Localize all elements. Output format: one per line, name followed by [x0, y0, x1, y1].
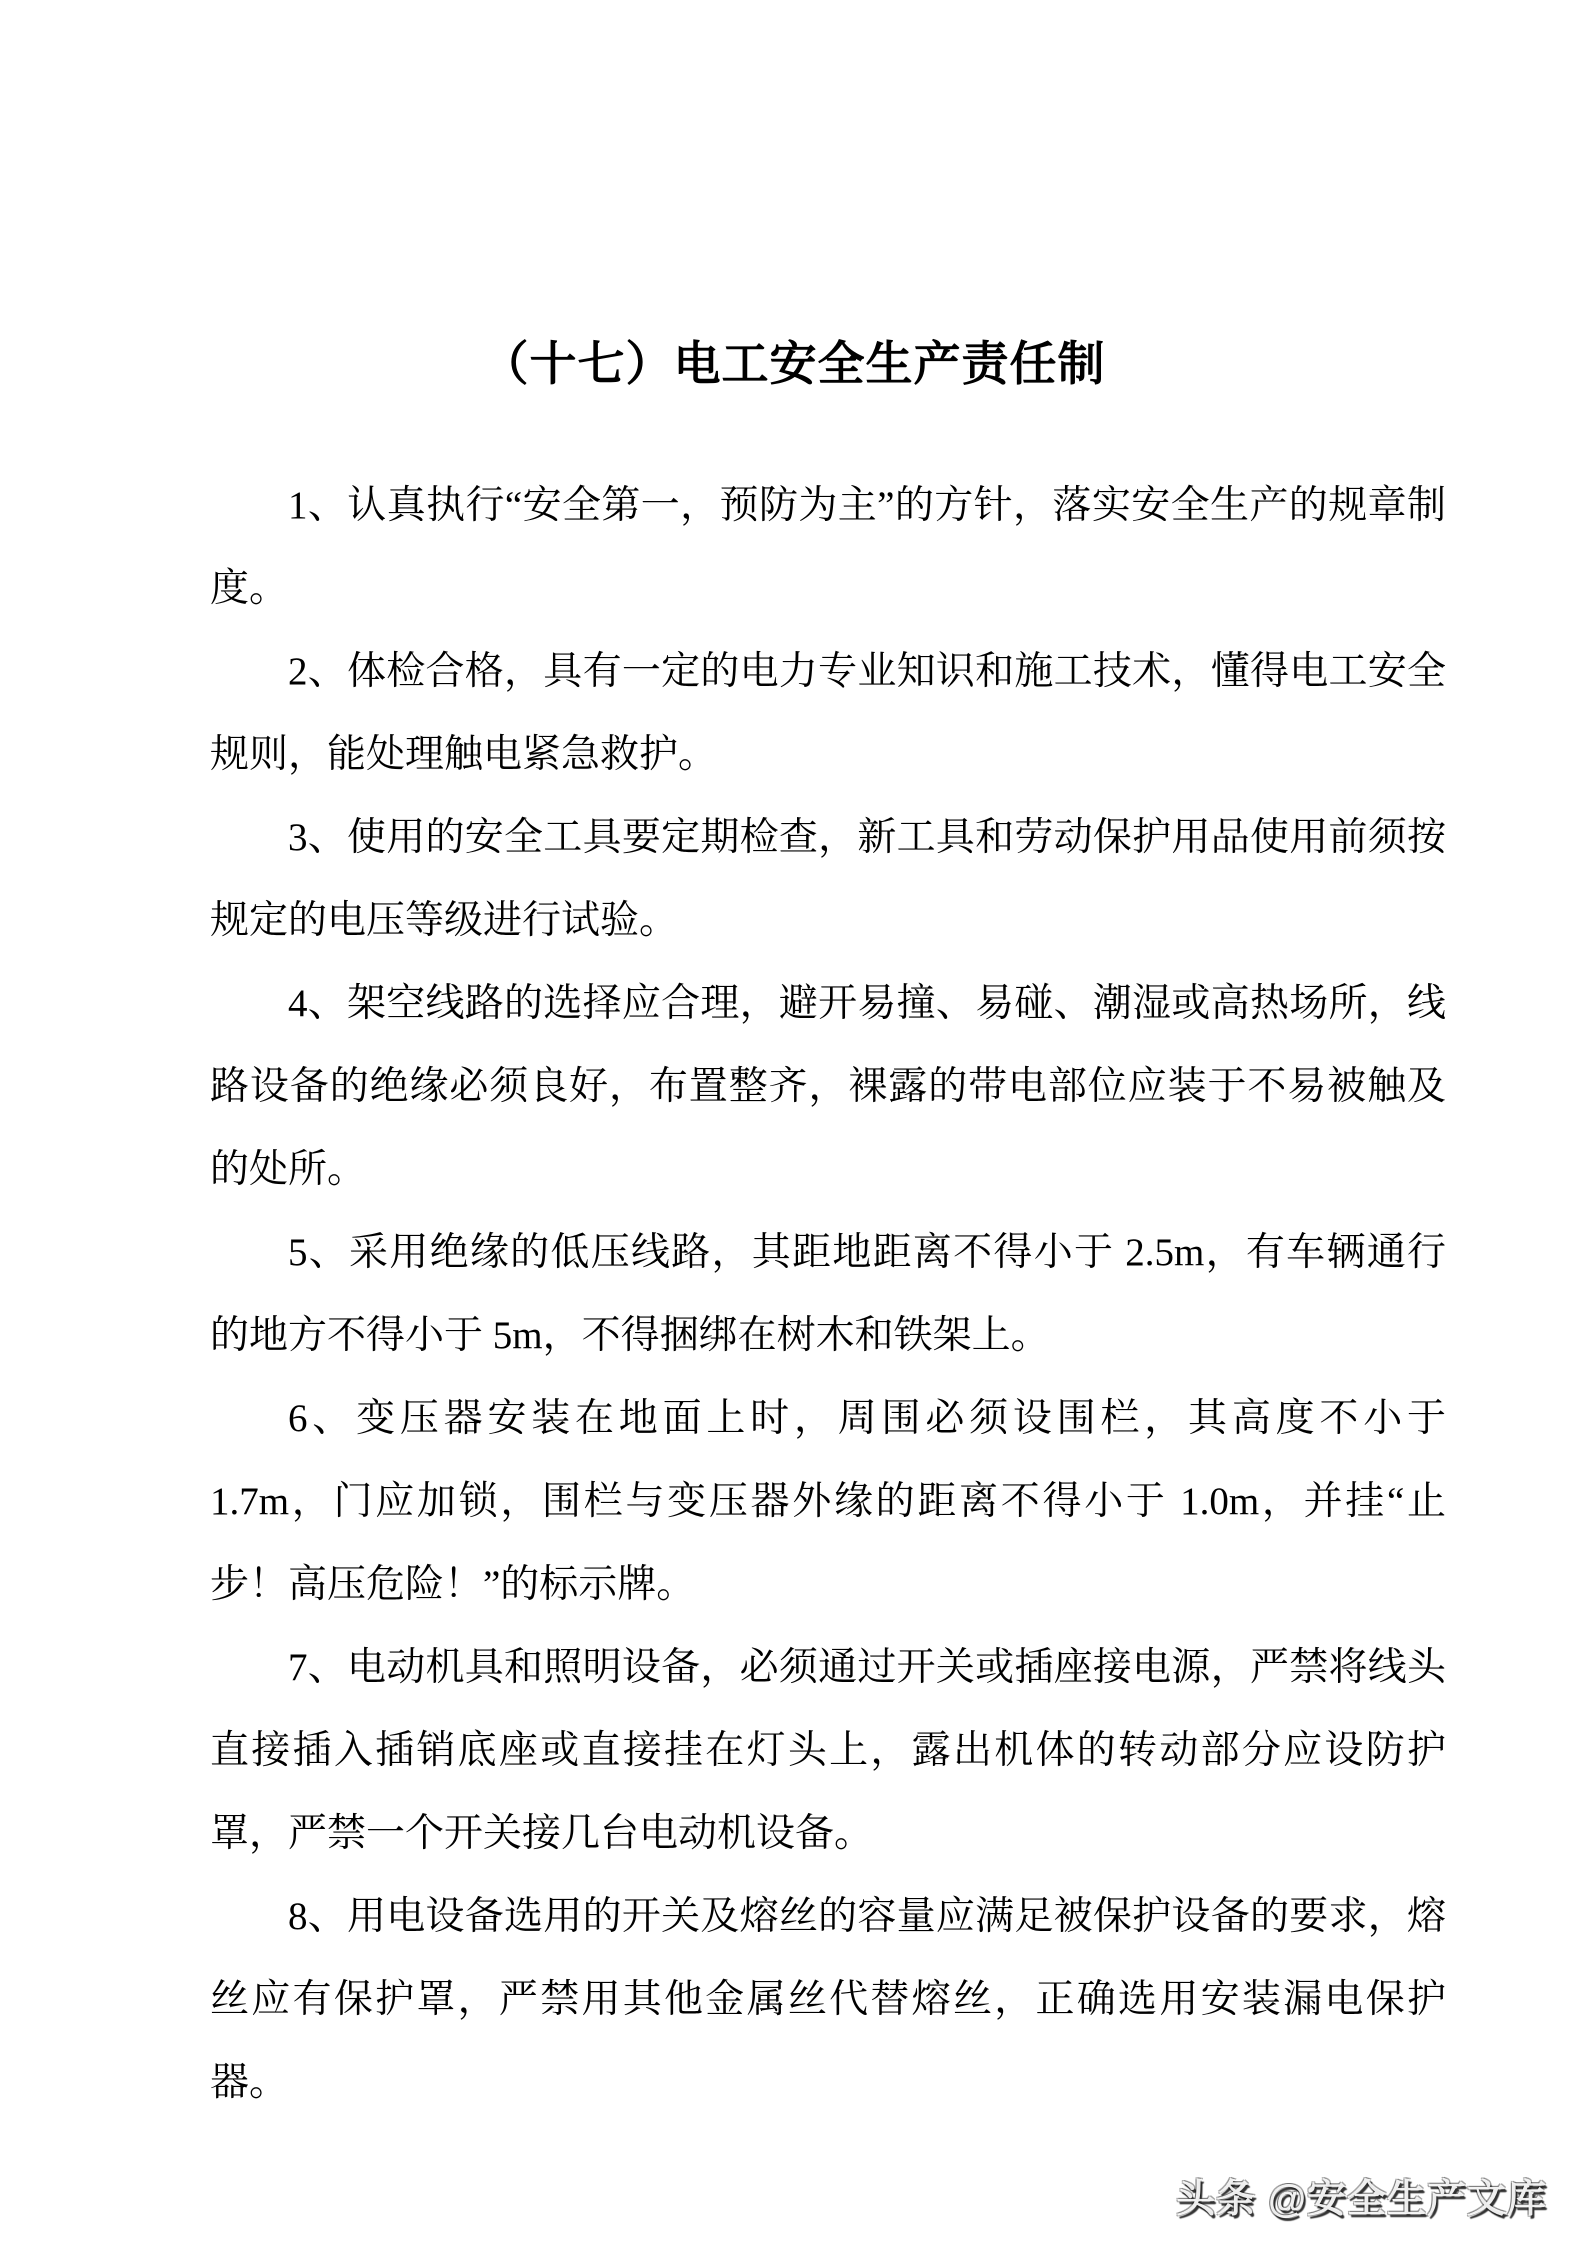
paragraph-7: 7、电动机具和照明设备，必须通过开关或插座接电源，严禁将线头直接插入插销底座或直…	[210, 1626, 1446, 1875]
paragraph-2: 2、体检合格，具有一定的电力专业知识和施工技术，懂得电工安全规则，能处理触电紧急…	[210, 630, 1446, 796]
watermark: 头条 @安全生产文库	[1176, 2168, 1547, 2224]
paragraph-8: 8、用电设备选用的开关及熔丝的容量应满足被保护设备的要求，熔丝应有保护罩，严禁用…	[210, 1875, 1446, 2124]
paragraph-6: 6、变压器安装在地面上时，周围必须设围栏，其高度不小于 1.7m，门应加锁，围栏…	[210, 1377, 1446, 1626]
page-title: （十七）电工安全生产责任制	[0, 327, 1587, 394]
paragraph-4: 4、架空线路的选择应合理，避开易撞、易碰、潮湿或高热场所，线路设备的绝缘必须良好…	[210, 962, 1446, 1211]
paragraph-3: 3、使用的安全工具要定期检查，新工具和劳动保护用品使用前须按规定的电压等级进行试…	[210, 796, 1446, 962]
paragraph-1: 1、认真执行“安全第一，预防为主”的方针，落实安全生产的规章制度。	[210, 464, 1446, 630]
document-page: （十七）电工安全生产责任制 1、认真执行“安全第一，预防为主”的方针，落实安全生…	[0, 0, 1587, 2245]
document-body: 1、认真执行“安全第一，预防为主”的方针，落实安全生产的规章制度。 2、体检合格…	[210, 464, 1446, 2124]
paragraph-5: 5、采用绝缘的低压线路，其距地距离不得小于 2.5m，有车辆通行的地方不得小于 …	[210, 1211, 1446, 1377]
